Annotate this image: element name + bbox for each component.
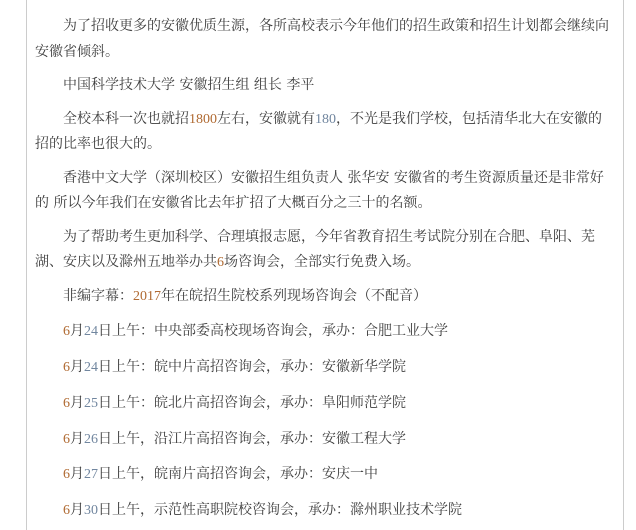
number-highlight: 2017 [133, 289, 161, 304]
article-page: 为了招收更多的安徽优质生源，各所高校表示今年他们的招生政策和招生计划都会继续向安… [26, 0, 624, 530]
number-highlight: 1800 [189, 112, 217, 127]
event-month-number: 6 [63, 503, 70, 518]
event-day-number: 24 [84, 324, 98, 339]
event-text: 月 [70, 359, 84, 375]
event-row-6: 6月30日上午，示范性高职院校咨询会，承办：滁州职业技术学院 [35, 498, 615, 524]
paragraph-ustc-speaker: 中国科学技术大学 安徽招生组 组长 李平 [35, 73, 615, 99]
paragraph-ustc-quote: 全校本科一次也就招1800左右，安徽就有180，不光是我们学校，包括清华北大在安… [35, 107, 615, 158]
event-row-3: 6月25日上午：皖北片高招咨询会，承办：阜阳师范学院 [35, 391, 615, 417]
event-month-number: 6 [63, 360, 70, 375]
event-day-number: 30 [84, 503, 98, 518]
event-day-number: 27 [84, 467, 98, 482]
event-month-number: 6 [63, 324, 70, 339]
paragraph-text: 年在皖招生院校系列现场咨询会（不配音） [161, 288, 427, 304]
event-text: 日上午：中央部委高校现场咨询会，承办：合肥工业大学 [98, 323, 448, 339]
paragraph-cuhk-quote: 香港中文大学（深圳校区）安徽招生组负责人 张华安 安徽省的考生资源质量还是非常好… [35, 166, 615, 217]
event-text: 月 [70, 466, 84, 482]
event-text: 日上午：皖中片高招咨询会，承办：安徽新华学院 [98, 359, 406, 375]
number-highlight: 6 [217, 255, 224, 270]
event-month-number: 6 [63, 467, 70, 482]
event-month-number: 6 [63, 396, 70, 411]
paragraph-text: 中国科学技术大学 安徽招生组 组长 李平 [63, 77, 314, 93]
event-row-5: 6月27日上午，皖南片高招咨询会，承办：安庆一中 [35, 462, 615, 488]
event-text: 日上午，皖南片高招咨询会，承办：安庆一中 [98, 466, 378, 482]
event-text: 月 [70, 395, 84, 411]
event-month-number: 6 [63, 432, 70, 447]
event-row-4: 6月26日上午，沿江片高招咨询会，承办：安徽工程大学 [35, 427, 615, 453]
event-day-number: 25 [84, 396, 98, 411]
paragraph-text: 香港中文大学（深圳校区）安徽招生组负责人 张华安 安徽省的考生资源质量还是非常好… [35, 170, 604, 212]
number-highlight: 180 [315, 112, 336, 127]
event-text: 月 [70, 323, 84, 339]
event-text: 月 [70, 431, 84, 447]
paragraph-text: 场咨询会，全部实行免费入场。 [224, 254, 420, 270]
event-text: 日上午：皖北片高招咨询会，承办：阜阳师范学院 [98, 395, 406, 411]
paragraph-consultation-intro: 为了帮助考生更加科学、合理填报志愿，今年省教育招生考试院分别在合肥、阜阳、芜湖、… [35, 225, 615, 276]
paragraph-recruitment-policy: 为了招收更多的安徽优质生源，各所高校表示今年他们的招生政策和招生计划都会继续向安… [35, 14, 615, 65]
event-day-number: 24 [84, 360, 98, 375]
paragraph-text: 为了招收更多的安徽优质生源，各所高校表示今年他们的招生政策和招生计划都会继续向安… [35, 18, 609, 60]
paragraph-text: 全校本科一次也就招 [63, 111, 189, 127]
event-row-2: 6月24日上午：皖中片高招咨询会，承办：安徽新华学院 [35, 355, 615, 381]
paragraph-text: 非编字幕： [63, 288, 133, 304]
event-text: 月 [70, 502, 84, 518]
event-text: 日上午，示范性高职院校咨询会，承办：滁州职业技术学院 [98, 502, 462, 518]
event-row-1: 6月24日上午：中央部委高校现场咨询会，承办：合肥工业大学 [35, 319, 615, 345]
paragraph-subtitle-note: 非编字幕：2017年在皖招生院校系列现场咨询会（不配音） [35, 284, 615, 310]
paragraph-text: 左右，安徽就有 [217, 111, 315, 127]
event-day-number: 26 [84, 432, 98, 447]
event-text: 日上午，沿江片高招咨询会，承办：安徽工程大学 [98, 431, 406, 447]
